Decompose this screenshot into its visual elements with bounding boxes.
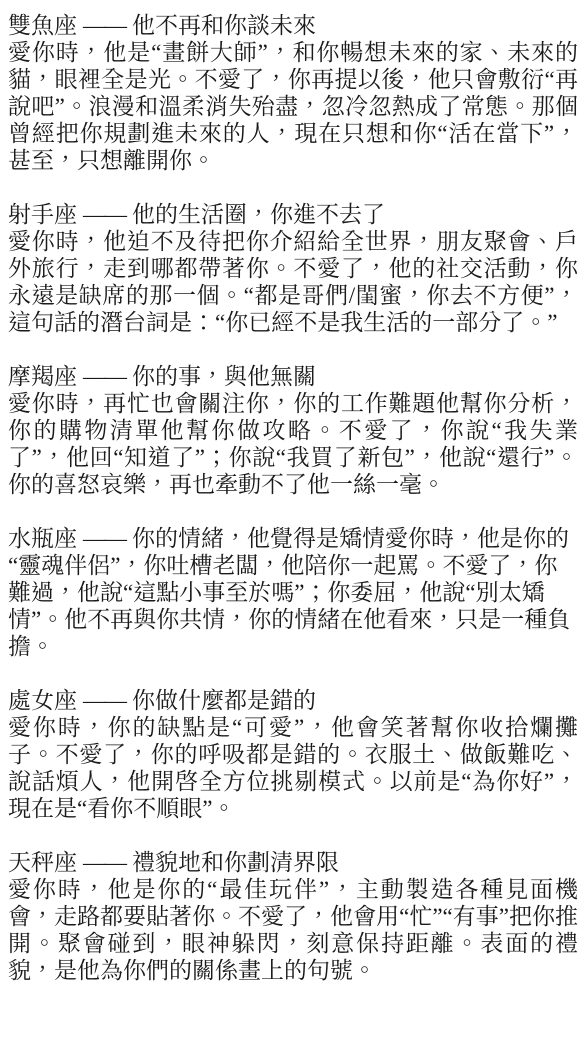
zodiac-sign: 水瓶座 [8, 526, 77, 551]
section-headline: 禮貌地和你劃清界限 [132, 850, 339, 875]
section-headline: 你做什麼都是錯的 [132, 688, 316, 713]
section-aquarius: 水瓶座——你的情緒，他覺得是矯情愛你時，他是你的“靈魂伴侶”，你吐槽老闆，他陪你… [8, 525, 578, 660]
dash-separator: —— [83, 364, 125, 389]
section-capricorn: 摩羯座——你的事，與他無關愛你時，再忙也會關注你，你的工作難題他幫你分析，你的購… [8, 363, 578, 498]
section-headline: 你的情緒，他覺得是矯情 [132, 526, 385, 551]
dash-separator: —— [83, 202, 125, 227]
section-pisces: 雙魚座——他不再和你談未來愛你時，他是“畫餅大師”，和你暢想未來的家、未來的貓，… [8, 12, 578, 174]
section-body: 愛你時，他迫不及待把你介紹給全世界，朋友聚會、戶外旅行，走到哪都帶著你。不愛了，… [8, 228, 578, 336]
section-heading: 水瓶座——你的情緒，他覺得是矯情 [8, 526, 385, 551]
section-heading: 天秤座——禮貌地和你劃清界限 [8, 849, 578, 876]
section-body: 愛你時，他是你的“最佳玩伴”，主動製造各種見面機會，走路都要貼著你。不愛了，他會… [8, 876, 578, 984]
dash-separator: —— [83, 13, 125, 38]
section-sagittarius: 射手座——他的生活圈，你進不去了愛你時，他迫不及待把你介紹給全世界，朋友聚會、戶… [8, 201, 578, 336]
dash-separator: —— [83, 526, 125, 551]
dash-separator: —— [83, 850, 125, 875]
section-body: 愛你時，他是“畫餅大師”，和你暢想未來的家、未來的貓，眼裡全是光。不愛了，你再提… [8, 39, 578, 174]
zodiac-article: 雙魚座——他不再和你談未來愛你時，他是“畫餅大師”，和你暢想未來的家、未來的貓，… [0, 0, 586, 984]
section-headline: 你的事，與他無關 [132, 364, 316, 389]
dash-separator: —— [83, 688, 125, 713]
zodiac-sign: 摩羯座 [8, 364, 77, 389]
section-body: 愛你時，再忙也會關注你，你的工作難題他幫你分析，你的購物清單他幫你做攻略。不愛了… [8, 390, 578, 498]
section-headline: 他的生活圈，你進不去了 [132, 202, 385, 227]
section-heading: 摩羯座——你的事，與他無關 [8, 363, 578, 390]
section-libra: 天秤座——禮貌地和你劃清界限愛你時，他是你的“最佳玩伴”，主動製造各種見面機會，… [8, 849, 578, 984]
section-heading: 射手座——他的生活圈，你進不去了 [8, 201, 578, 228]
document-page: { "ui": { "dash": "——", "text_color": "#… [0, 0, 586, 1044]
zodiac-sign: 天秤座 [8, 850, 77, 875]
zodiac-sign: 雙魚座 [8, 13, 77, 38]
section-virgo: 處女座——你做什麼都是錯的愛你時，你的缺點是“可愛”，他會笑著幫你收拾爛攤子。不… [8, 687, 578, 822]
section-headline: 他不再和你談未來 [132, 13, 316, 38]
section-heading: 雙魚座——他不再和你談未來 [8, 12, 578, 39]
zodiac-sign: 射手座 [8, 202, 77, 227]
zodiac-sign: 處女座 [8, 688, 77, 713]
section-heading: 處女座——你做什麼都是錯的 [8, 687, 578, 714]
section-body: 愛你時，你的缺點是“可愛”，他會笑著幫你收拾爛攤子。不愛了，你的呼吸都是錯的。衣… [8, 714, 578, 822]
